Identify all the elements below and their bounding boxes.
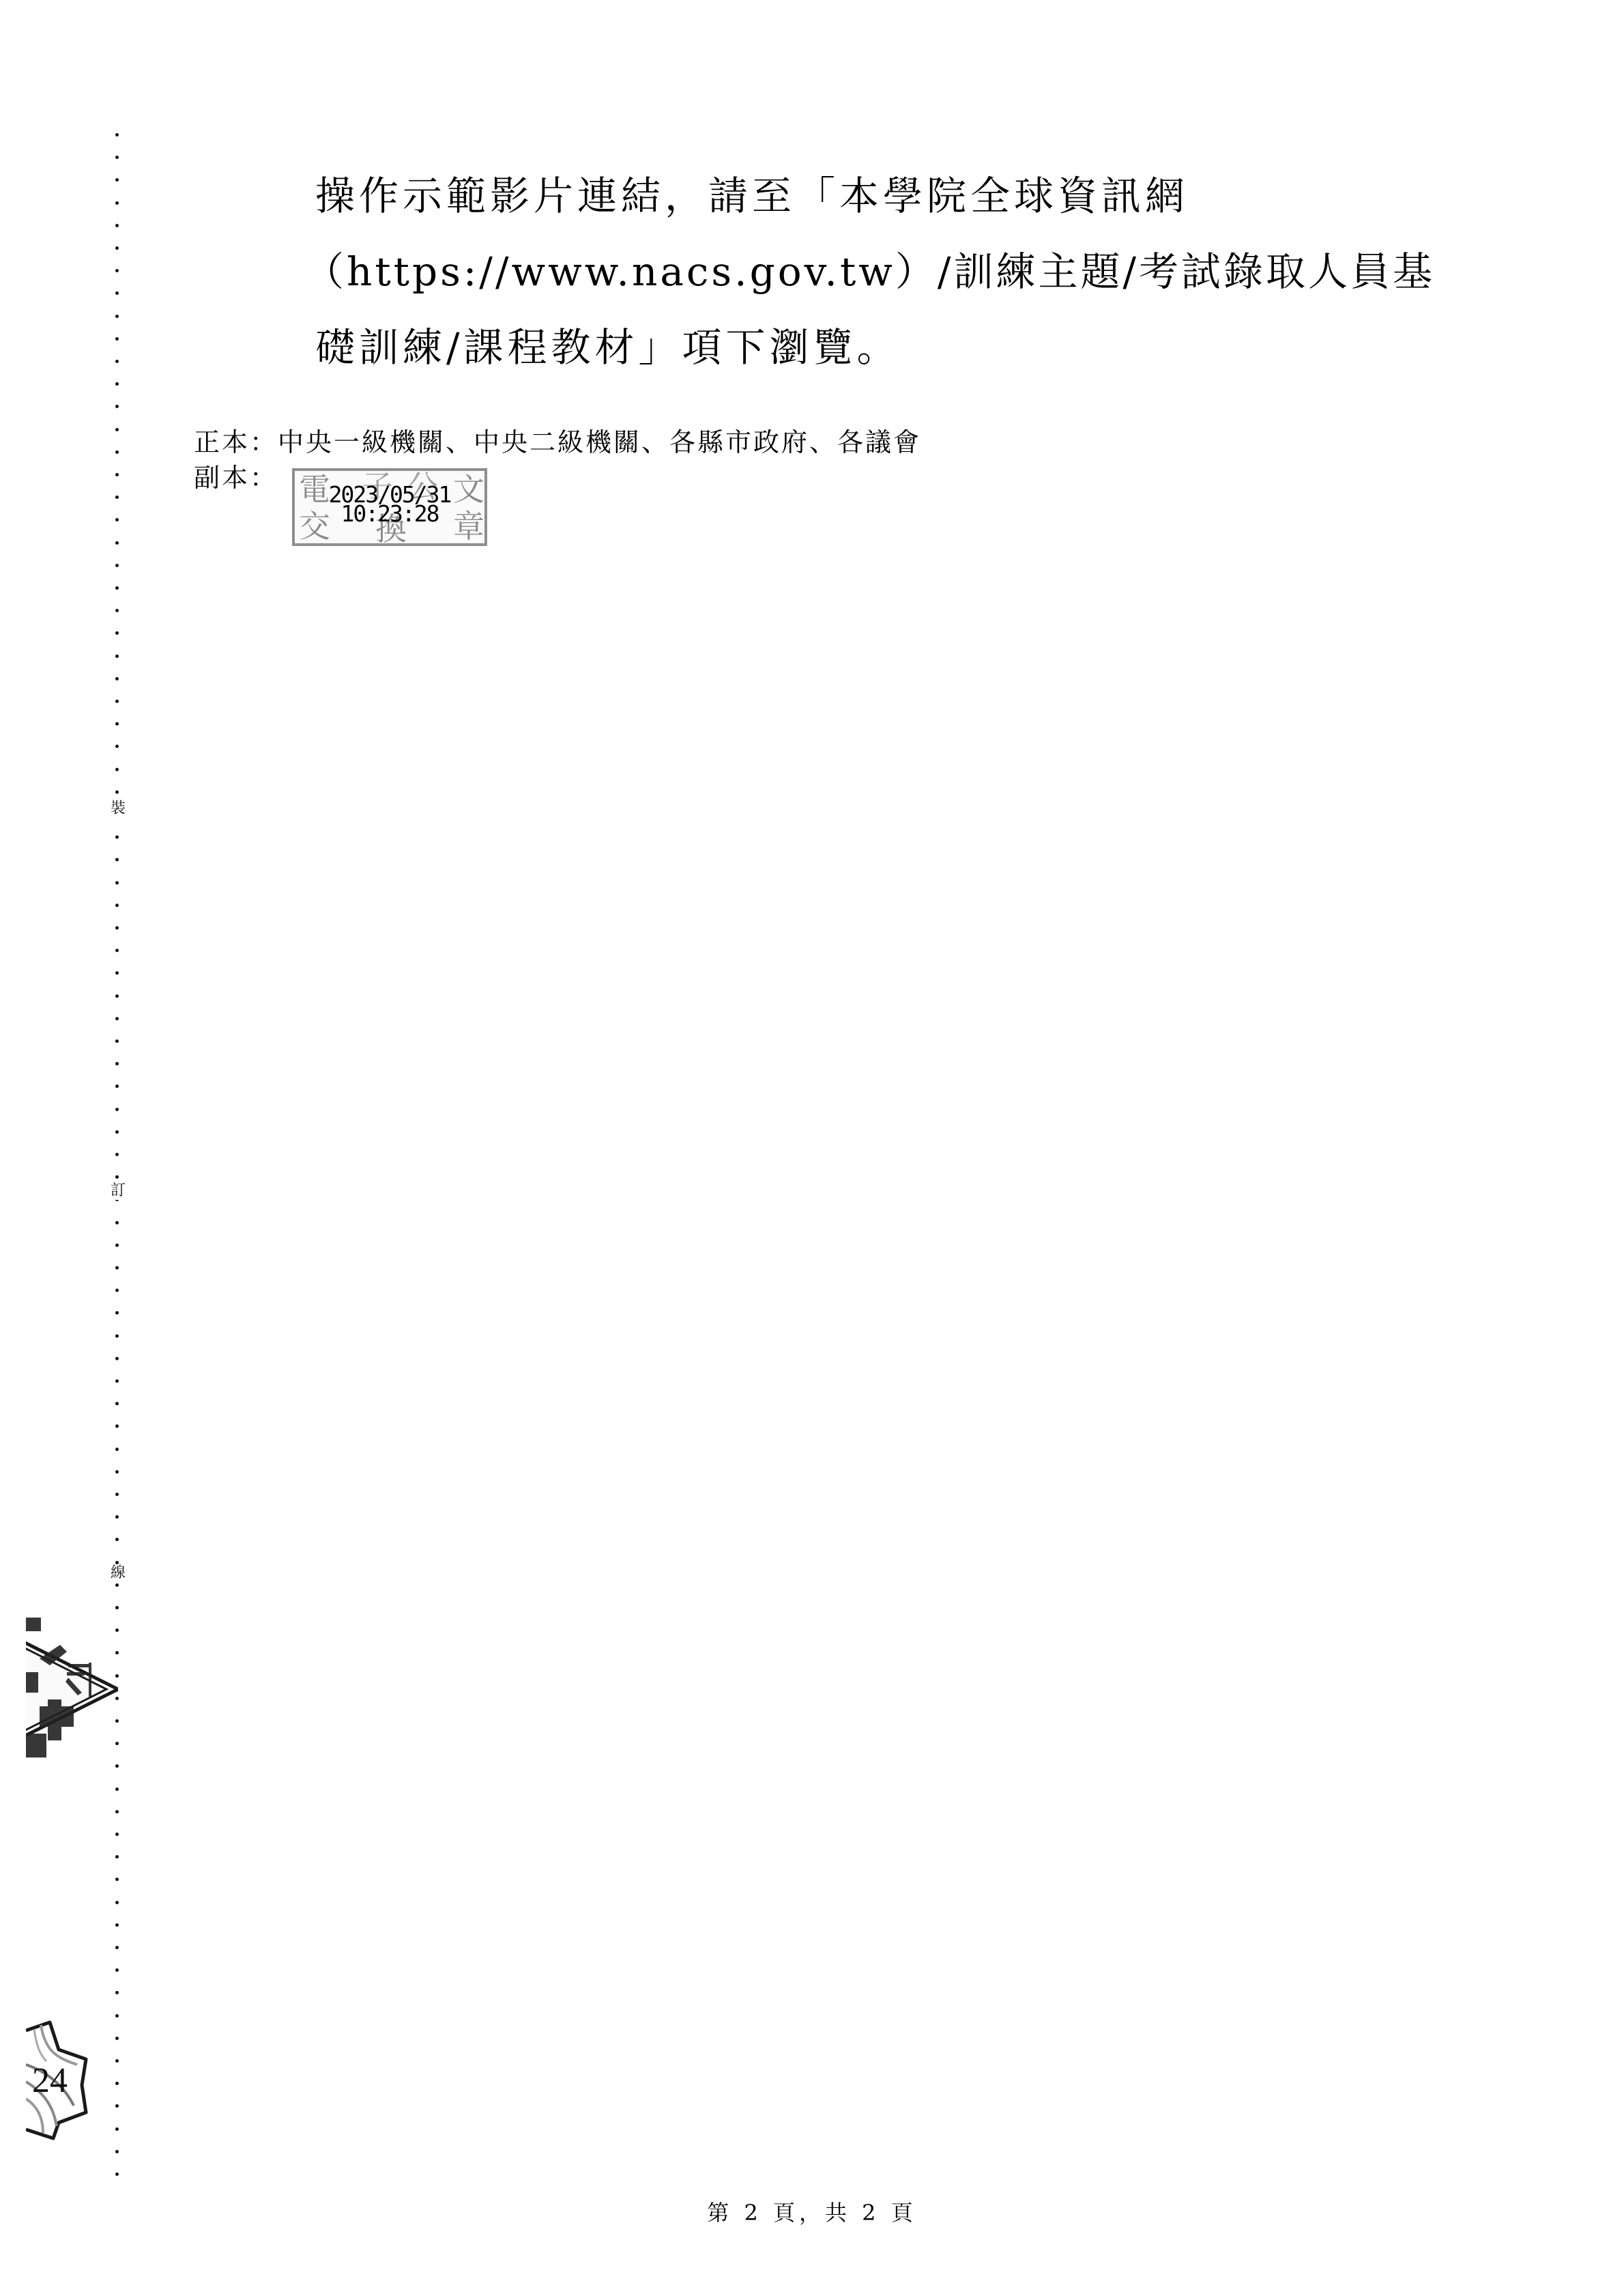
- binding-dot: [115, 700, 119, 703]
- binding-dot: [115, 722, 119, 726]
- binding-dot: [115, 1424, 119, 1428]
- binding-dot: [115, 1470, 119, 1474]
- binding-dot: [115, 1334, 119, 1338]
- binding-dot: [115, 655, 119, 658]
- binding-dot: [115, 1448, 119, 1451]
- binding-dot: [115, 269, 119, 272]
- binding-dot: [115, 1583, 119, 1587]
- binding-dot: [115, 246, 119, 250]
- page-number-footer: 第 2 頁，共 2 頁: [0, 2199, 1624, 2226]
- diamond-seal-icon: [26, 1597, 118, 1781]
- body-line-1: 操作示範影片連結，請至「本學院全球資訊網: [315, 176, 1475, 216]
- binding-dot: [115, 1085, 119, 1088]
- binding-dot: [115, 2037, 119, 2040]
- electronic-exchange-stamp: 電 子 公 文 交 換 章 2023/05/31 10:23:28: [292, 468, 487, 546]
- binding-dot: [115, 201, 119, 205]
- binding-dot: [115, 541, 119, 545]
- binding-dot: [115, 360, 119, 363]
- body-line-2-url: （https://www.nacs.gov.tw）/訓練主題/考試錄取人員基: [304, 252, 1475, 291]
- body-paragraph: 操作示範影片連結，請至「本學院全球資訊網 （https://www.nacs.g…: [315, 176, 1475, 403]
- binding-dot: [115, 1810, 119, 1813]
- binding-dot: [115, 1402, 119, 1405]
- binding-dot: [115, 1991, 119, 1994]
- binding-dot: [115, 1289, 119, 1292]
- binding-dot: [115, 881, 119, 885]
- binding-dot: [115, 1878, 119, 1881]
- binding-dot: [115, 1175, 119, 1179]
- binding-label-zhuang: 裝: [109, 800, 127, 818]
- binding-dot: [115, 1493, 119, 1496]
- binding-dot: [115, 382, 119, 386]
- binding-dot: [115, 1266, 119, 1269]
- binding-dot: [115, 2104, 119, 2108]
- binding-margin-line: [113, 133, 121, 2184]
- binding-dot: [115, 835, 119, 839]
- binding-dot: [115, 473, 119, 476]
- binding-dot: [115, 790, 119, 794]
- binding-dot: [115, 926, 119, 930]
- binding-dot: [115, 1946, 119, 1949]
- binding-dot: [115, 1108, 119, 1111]
- binding-dot: [115, 315, 119, 318]
- binding-dot: [115, 337, 119, 341]
- binding-dot: [115, 1062, 119, 1065]
- diamond-seal-stamp: [26, 1597, 118, 1781]
- binding-dot: [115, 428, 119, 431]
- binding-dot: [115, 586, 119, 590]
- binding-dot: [115, 904, 119, 907]
- binding-dot: [115, 1017, 119, 1020]
- binding-dot: [115, 677, 119, 680]
- binding-dot: [115, 1221, 119, 1224]
- binding-dot: [115, 768, 119, 771]
- binding-dot: [115, 2059, 119, 2063]
- binding-dot: [115, 405, 119, 408]
- primary-recipients-label: 正本：: [194, 427, 278, 457]
- cog-seal-stamp: 24: [26, 2017, 94, 2143]
- binding-dot: [115, 2082, 119, 2085]
- binding-dot: [115, 1833, 119, 1836]
- binding-dot: [115, 1039, 119, 1043]
- binding-dot: [115, 1244, 119, 1247]
- binding-dot: [115, 1515, 119, 1519]
- binding-dot: [115, 2014, 119, 2018]
- binding-dot: [115, 858, 119, 861]
- binding-dot: [115, 291, 119, 295]
- binding-dot: [115, 971, 119, 975]
- binding-dot: [115, 949, 119, 952]
- binding-dot: [115, 2150, 119, 2153]
- primary-recipients-value: 中央一級機關、中央二級機關、各縣市政府、各議會: [278, 427, 921, 457]
- binding-dot: [115, 1379, 119, 1383]
- binding-dot: [115, 450, 119, 454]
- binding-dot: [115, 133, 119, 137]
- binding-dot: [115, 1855, 119, 1859]
- binding-dot: [115, 1130, 119, 1134]
- binding-dot: [115, 564, 119, 567]
- binding-label-xian: 線: [109, 1564, 127, 1582]
- body-line-3: 礎訓練/課程教材」項下瀏覽。: [315, 328, 1475, 367]
- binding-dot: [115, 1968, 119, 1972]
- binding-dot: [115, 631, 119, 635]
- stamp-time: 10:23:28: [295, 504, 484, 524]
- binding-dot: [115, 1153, 119, 1156]
- primary-recipients-row: 正本：中央一級機關、中央二級機關、各縣市政府、各議會: [194, 427, 921, 463]
- binding-dot: [115, 609, 119, 612]
- binding-dot: [115, 178, 119, 182]
- binding-dot: [115, 518, 119, 521]
- binding-dot: [115, 1923, 119, 1927]
- binding-dot: [115, 496, 119, 499]
- binding-label-ding: 訂: [109, 1182, 127, 1200]
- cog-seal-number: 24: [32, 2063, 68, 2099]
- binding-dot: [115, 994, 119, 998]
- binding-dot: [115, 156, 119, 159]
- binding-dot: [115, 1788, 119, 1791]
- binding-dot: [115, 1901, 119, 1904]
- document-page: 裝 訂 線 操作示範影片連結，請至「本學院全球資訊網 （https://www.…: [0, 0, 1624, 2296]
- copy-recipients-label: 副本：: [194, 463, 278, 493]
- binding-dot: [115, 745, 119, 748]
- binding-dot: [115, 1538, 119, 1541]
- binding-dot: [115, 2172, 119, 2176]
- binding-dot: [115, 224, 119, 227]
- binding-dot: [115, 1311, 119, 1315]
- binding-dot: [115, 2127, 119, 2131]
- binding-dot: [115, 1357, 119, 1360]
